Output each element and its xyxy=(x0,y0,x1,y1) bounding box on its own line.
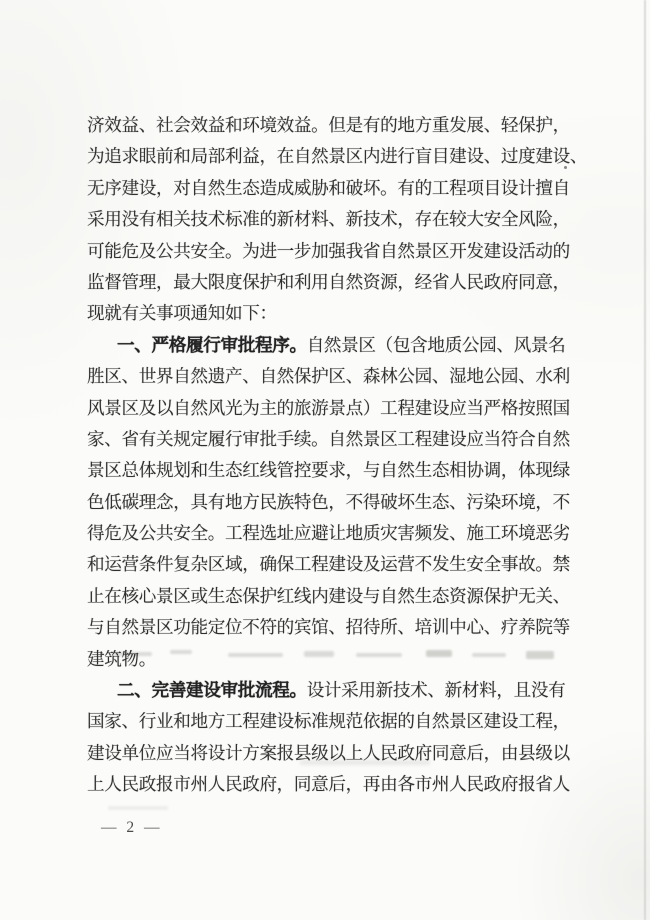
document-body: 济效益、社会效益和环境效益。但是有的地方重发展、轻保护，为追求眼前和局部利益，在… xyxy=(87,110,571,801)
text-line: 家、省有关规定履行审批手续。自然景区工程建设应当符合自然 xyxy=(87,424,571,455)
text-run: 建筑物。 xyxy=(87,649,156,669)
text-run: 为追求眼前和局部利益，在自然景区内进行盲目建设、过度建设、 xyxy=(87,146,587,166)
text-line: 和运营条件复杂区域，确保工程建设及运营不发生安全事故。禁 xyxy=(87,549,571,580)
text-run: 国家、行业和地方工程建设标准规范依据的自然景区建设工程， xyxy=(87,711,570,731)
scanned-document-page: 济效益、社会效益和环境效益。但是有的地方重发展、轻保护，为追求眼前和局部利益，在… xyxy=(0,0,650,920)
text-line: 建筑物。 xyxy=(87,644,571,675)
text-line: 得危及公共安全。工程选址应避让地质灾害频发、施工环境恶劣 xyxy=(87,518,571,549)
text-line: 采用没有相关技术标准的新材料、新技术，存在较大安全风险， xyxy=(87,204,571,235)
text-line: 建设单位应当将设计方案报县级以上人民政府同意后，由县级以 xyxy=(87,738,571,769)
text-run: 与自然景区功能定位不符的宾馆、招待所、培训中心、疗养院等 xyxy=(87,617,570,637)
text-run: 景区总体规划和生态红线管控要求，与自然生态相协调，体现绿 xyxy=(87,460,570,480)
text-run: 建设单位应当将设计方案报县级以上人民政府同意后，由县级以 xyxy=(87,743,570,763)
scan-edge-line xyxy=(644,0,646,920)
text-run: 上人民政报市州人民政府，同意后，再由各市州人民政府报省人 xyxy=(87,774,570,794)
text-run: 采用没有相关技术标准的新材料、新技术，存在较大安全风险， xyxy=(87,209,570,229)
section-heading: 二、完善建设审批流程。 xyxy=(117,680,307,700)
text-line: 一、严格履行审批程序。自然景区（包含地质公园、风景名 xyxy=(87,330,571,361)
text-run: 家、省有关规定履行审批手续。自然景区工程建设应当符合自然 xyxy=(87,429,570,449)
text-run: 和运营条件复杂区域，确保工程建设及运营不发生安全事故。禁 xyxy=(87,554,570,574)
text-line: 色低碳理念，具有地方民族特色，不得破坏生态、污染环境，不 xyxy=(87,487,571,518)
text-run: 可能危及公共安全。为进一步加强我省自然景区开发建设活动的 xyxy=(87,241,570,261)
text-line: 国家、行业和地方工程建设标准规范依据的自然景区建设工程， xyxy=(87,706,571,737)
text-line: 无序建设，对自然生态造成威胁和破坏。有的工程项目设计擅自 xyxy=(87,173,571,204)
text-run: 止在核心景区或生态保护红线内建设与自然生态资源保护无关、 xyxy=(87,586,570,606)
text-run: 监督管理，最大限度保护和利用自然资源，经省人民政府同意， xyxy=(87,272,570,292)
text-run: 济效益、社会效益和环境效益。但是有的地方重发展、轻保护， xyxy=(87,115,570,135)
text-line: 可能危及公共安全。为进一步加强我省自然景区开发建设活动的 xyxy=(87,236,571,267)
text-run: 设计采用新技术、新材料，且没有 xyxy=(307,680,566,700)
text-line: 济效益、社会效益和环境效益。但是有的地方重发展、轻保护， xyxy=(87,110,571,141)
text-line: 与自然景区功能定位不符的宾馆、招待所、培训中心、疗养院等 xyxy=(87,612,571,643)
text-run: 现就有关事项通知如下： xyxy=(87,303,277,323)
text-line: 止在核心景区或生态保护红线内建设与自然生态资源保护无关、 xyxy=(87,581,571,612)
text-run: 胜区、世界自然遗产、自然保护区、森林公园、湿地公园、水利 xyxy=(87,366,570,386)
text-run: 得危及公共安全。工程选址应避让地质灾害频发、施工环境恶劣 xyxy=(87,523,570,543)
text-run: 无序建设，对自然生态造成威胁和破坏。有的工程项目设计擅自 xyxy=(87,178,570,198)
scan-smudge xyxy=(108,806,168,810)
text-line: 风景区及以自然风光为主的旅游景点）工程建设应当严格按照国 xyxy=(87,393,571,424)
text-line: 上人民政报市州人民政府，同意后，再由各市州人民政府报省人 xyxy=(87,769,571,800)
text-run: 色低碳理念，具有地方民族特色，不得破坏生态、污染环境，不 xyxy=(87,492,570,512)
text-line: 现就有关事项通知如下： xyxy=(87,298,571,329)
text-run: 自然景区（包含地质公园、风景名 xyxy=(307,335,566,355)
text-line: 二、完善建设审批流程。设计采用新技术、新材料，且没有 xyxy=(87,675,571,706)
text-line: 景区总体规划和生态红线管控要求，与自然生态相协调，体现绿 xyxy=(87,455,571,486)
text-line: 胜区、世界自然遗产、自然保护区、森林公园、湿地公园、水利 xyxy=(87,361,571,392)
text-run: 风景区及以自然风光为主的旅游景点）工程建设应当严格按照国 xyxy=(87,398,570,418)
text-line: 监督管理，最大限度保护和利用自然资源，经省人民政府同意， xyxy=(87,267,571,298)
text-line: 为追求眼前和局部利益，在自然景区内进行盲目建设、过度建设、 xyxy=(87,141,571,172)
section-heading: 一、严格履行审批程序。 xyxy=(117,335,307,355)
page-number: — 2 — xyxy=(101,819,163,837)
